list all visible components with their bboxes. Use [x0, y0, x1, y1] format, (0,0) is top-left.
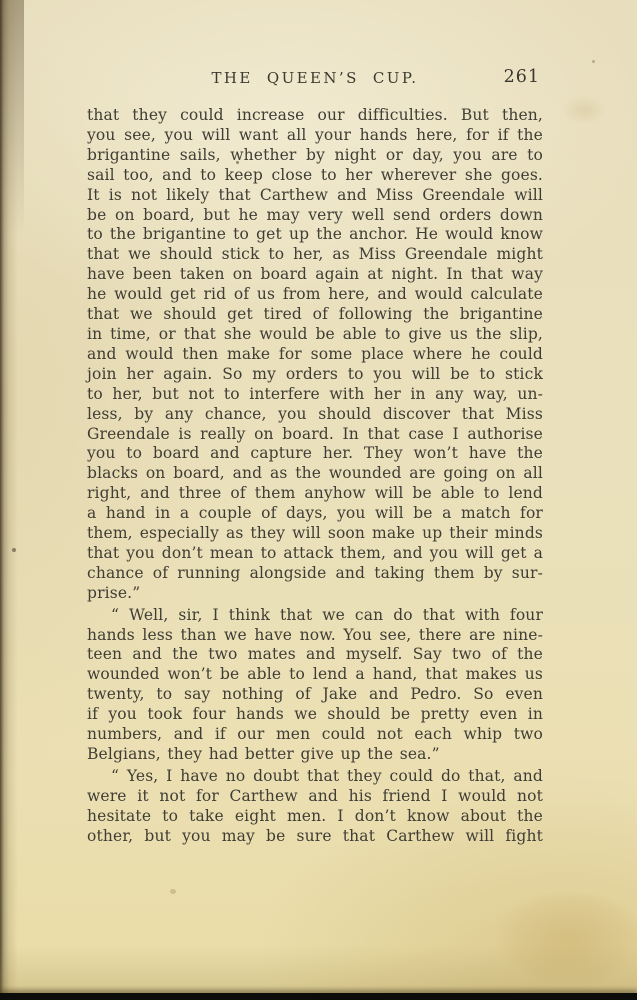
- paper-stain: [495, 891, 637, 986]
- text-line: in time, or that she would be able to gi…: [87, 325, 543, 345]
- text-line: sail too, and to keep close to her where…: [87, 166, 543, 186]
- text-line: less, by any chance, you should discover…: [87, 405, 543, 425]
- page-number: 261: [504, 67, 540, 87]
- text-line: have been taken on board again at night.…: [87, 265, 543, 285]
- text-line: you to board and capture her. They won’t…: [87, 444, 543, 464]
- text-line: prise.”: [87, 584, 543, 604]
- text-line: “ Well, sir, I think that we can do that…: [87, 606, 543, 626]
- paper-speck: [12, 548, 16, 552]
- text-line: Belgians, they had better give up the se…: [87, 745, 543, 765]
- text-line: blacks on board, and as the wounded are …: [87, 464, 543, 484]
- paper-stain: [561, 95, 607, 125]
- scan-bottom-edge: [0, 993, 637, 1000]
- page-text: that they could increase our difficultie…: [87, 106, 543, 847]
- text-line: and would then make for some place where…: [87, 345, 543, 365]
- paragraph: “ Well, sir, I think that we can do that…: [87, 606, 543, 765]
- page-left-spine-edge: [0, 0, 18, 1000]
- text-line: you see, you will want all your hands he…: [87, 126, 543, 146]
- text-line: he would get rid of us from here, and wo…: [87, 285, 543, 305]
- text-line: that we should stick to her, as Miss Gre…: [87, 245, 543, 265]
- paper-speck: [170, 889, 176, 894]
- text-line: Greendale is really on board. In that ca…: [87, 425, 543, 445]
- text-line: hands less than we have now. You see, th…: [87, 626, 543, 646]
- paragraph: “ Yes, I have no doubt that they could d…: [87, 767, 543, 847]
- text-line: if you took four hands we should be pret…: [87, 705, 543, 725]
- text-line: hesitate to take eight men. I don’t know…: [87, 807, 543, 827]
- text-line: be on board, but he may very well send o…: [87, 206, 543, 226]
- text-line: them, especially as they will soon make …: [87, 524, 543, 544]
- text-line: a hand in a couple of days, you will be …: [87, 504, 543, 524]
- text-line: brigantine sails, whether by night or da…: [87, 146, 543, 166]
- text-line: “ Yes, I have no doubt that they could d…: [87, 767, 543, 787]
- text-line: other, but you may be sure that Carthew …: [87, 827, 543, 847]
- text-line: It is not likely that Carthew and Miss G…: [87, 186, 543, 206]
- text-line: that they could increase our difficultie…: [87, 106, 543, 126]
- text-line: that we should get tired of following th…: [87, 305, 543, 325]
- text-line: teen and the two mates and myself. Say t…: [87, 645, 543, 665]
- running-header-title: THE QUEEN’S CUP.: [87, 69, 543, 87]
- text-line: join her again. So my orders to you will…: [87, 365, 543, 385]
- text-line: that you don’t mean to attack them, and …: [87, 544, 543, 564]
- paper-speck: [592, 60, 595, 63]
- text-line: were it not for Carthew and his friend I…: [87, 787, 543, 807]
- text-line: chance of running alongside and taking t…: [87, 564, 543, 584]
- text-line: to the brigantine to get up the anchor. …: [87, 225, 543, 245]
- text-line: numbers, and if our men could not each w…: [87, 725, 543, 745]
- paragraph: that they could increase our difficultie…: [87, 106, 543, 604]
- page-header: THE QUEEN’S CUP. 261: [87, 69, 543, 89]
- book-page-scan: THE QUEEN’S CUP. 261 that they could inc…: [0, 0, 637, 1000]
- text-line: right, and three of them anyhow will be …: [87, 484, 543, 504]
- text-line: wounded won’t be able to lend a hand, th…: [87, 665, 543, 685]
- text-line: twenty, to say nothing of Jake and Pedro…: [87, 685, 543, 705]
- text-line: to her, but not to interfere with her in…: [87, 385, 543, 405]
